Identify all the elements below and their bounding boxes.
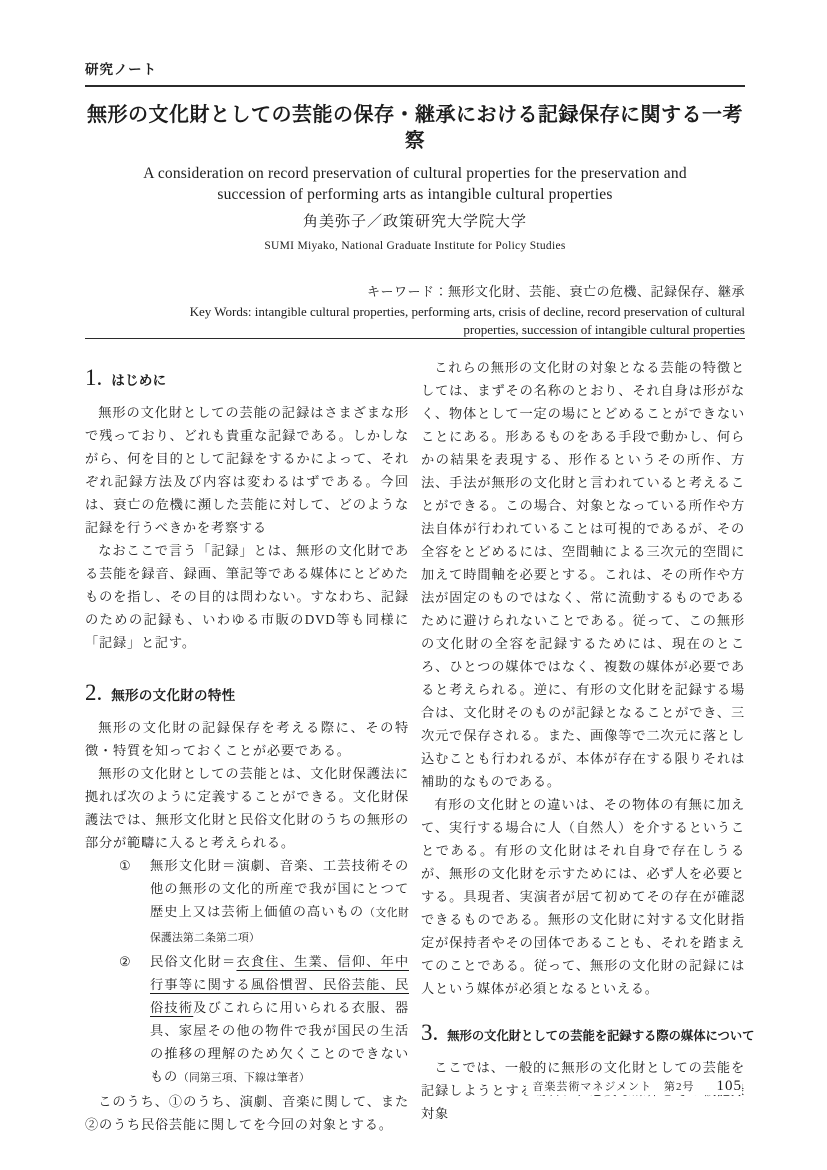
page-footer: 音楽芸術マネジメント 第2号 105 xyxy=(526,1078,742,1095)
page-number: 105 xyxy=(717,1078,743,1095)
article-title-ja: 無形の文化財としての芸能の保存・継承における記録保存に関する一考察 xyxy=(85,102,745,154)
section-3-heading: 3. 無形の文化財としての芸能を記録する際の媒体について xyxy=(421,1021,745,1045)
section-2-title: 無形の文化財の特性 xyxy=(111,684,235,704)
section-2-paragraph-5: 有形の文化財との違いは、その物体の有無に加えて、実行する場合に人（自然人）を介す… xyxy=(421,793,745,1000)
journal-name-issue: 音楽芸術マネジメント 第2号 xyxy=(532,1078,694,1094)
section-1-number: 1. xyxy=(85,366,102,390)
author-block: 角美弥子／政策研究大学院大学 SUMI Miyako, National Gra… xyxy=(85,210,745,252)
definition-item-1-marker: ① xyxy=(119,854,150,950)
section-3-number: 3. xyxy=(421,1021,438,1045)
article-body: 1. はじめに 無形の文化財としての芸能の記録はさまざまな形で残っており、どれも… xyxy=(85,352,745,1136)
column-left: 1. はじめに 無形の文化財としての芸能の記録はさまざまな形で残っており、どれも… xyxy=(85,352,409,1136)
section-2-paragraph-4: これらの無形の文化財の対象となる芸能の特徴としては、まずその名称のとおり、それ自… xyxy=(421,356,745,793)
definition-item-2-marker: ② xyxy=(119,950,150,1090)
article-category-label: 研究ノート xyxy=(85,58,745,87)
definition-item-1-text: 無形文化財＝演劇、音楽、工芸技術その他の無形の文化的所産で我が国にとつて歴史上又… xyxy=(150,854,409,950)
header-divider xyxy=(85,338,745,339)
keywords-en: Key Words: intangible cultural propertie… xyxy=(85,303,745,338)
author-name-affiliation-en: SUMI Miyako, National Graduate Institute… xyxy=(85,240,745,252)
article-title-en: A consideration on record preservation o… xyxy=(85,163,745,205)
author-name-affiliation-ja: 角美弥子／政策研究大学院大学 xyxy=(85,210,745,231)
section-2-heading: 2. 無形の文化財の特性 xyxy=(85,681,409,705)
section-1-heading: 1. はじめに xyxy=(85,366,409,390)
section-3-title: 無形の文化財としての芸能を記録する際の媒体について xyxy=(447,1026,754,1044)
keywords-en-line1: Key Words: intangible cultural propertie… xyxy=(85,303,745,321)
section-2-paragraph-2: 無形の文化財としての芸能とは、文化財保護法に拠れば次のように定義することができる… xyxy=(85,762,409,854)
section-1-paragraph-1: 無形の文化財としての芸能の記録はさまざまな形で残っており、どれも貴重な記録である… xyxy=(85,401,409,539)
title-block: 無形の文化財としての芸能の保存・継承における記録保存に関する一考察 A cons… xyxy=(85,102,745,205)
definition-item-2-text: 民俗文化財＝衣食住、生業、信仰、年中行事等に関する風俗慣習、民俗芸能、民俗技術及… xyxy=(150,950,409,1090)
keywords-block: キーワード：無形文化財、芸能、衰亡の危機、記録保存、継承 Key Words: … xyxy=(85,281,745,338)
article-title-en-line1: A consideration on record preservation o… xyxy=(85,163,745,184)
definition-item-2: ② 民俗文化財＝衣食住、生業、信仰、年中行事等に関する風俗慣習、民俗芸能、民俗技… xyxy=(85,950,409,1090)
section-2-paragraph-1: 無形の文化財の記録保存を考える際に、その特徴・特質を知っておくことが必要である。 xyxy=(85,716,409,762)
article-title-en-line2: succession of performing arts as intangi… xyxy=(85,184,745,205)
section-2-number: 2. xyxy=(85,681,102,705)
journal-page: 研究ノート 無形の文化財としての芸能の保存・継承における記録保存に関する一考察 … xyxy=(0,0,827,1170)
definition-item-1: ① 無形文化財＝演劇、音楽、工芸技術その他の無形の文化的所産で我が国にとつて歴史… xyxy=(85,854,409,950)
section-2-paragraph-3: このうち、①のうち、演劇、音楽に関して、また②のうち民俗芸能に関してを今回の対象… xyxy=(85,1090,409,1136)
keywords-en-line2: properties, succession of intangible cul… xyxy=(85,321,745,339)
section-1-paragraph-2: なおここで言う「記録」とは、無形の文化財である芸能を録音、録画、筆記等である媒体… xyxy=(85,539,409,654)
definition-item-2-note: （同第三項、下線は筆者） xyxy=(178,1072,310,1084)
keywords-ja: キーワード：無形文化財、芸能、衰亡の危機、記録保存、継承 xyxy=(85,281,745,300)
column-right: これらの無形の文化財の対象となる芸能の特徴としては、まずその名称のとおり、それ自… xyxy=(421,352,745,1136)
section-1-title: はじめに xyxy=(111,369,166,389)
definition-item-2-head: 民俗文化財＝ xyxy=(150,954,236,969)
